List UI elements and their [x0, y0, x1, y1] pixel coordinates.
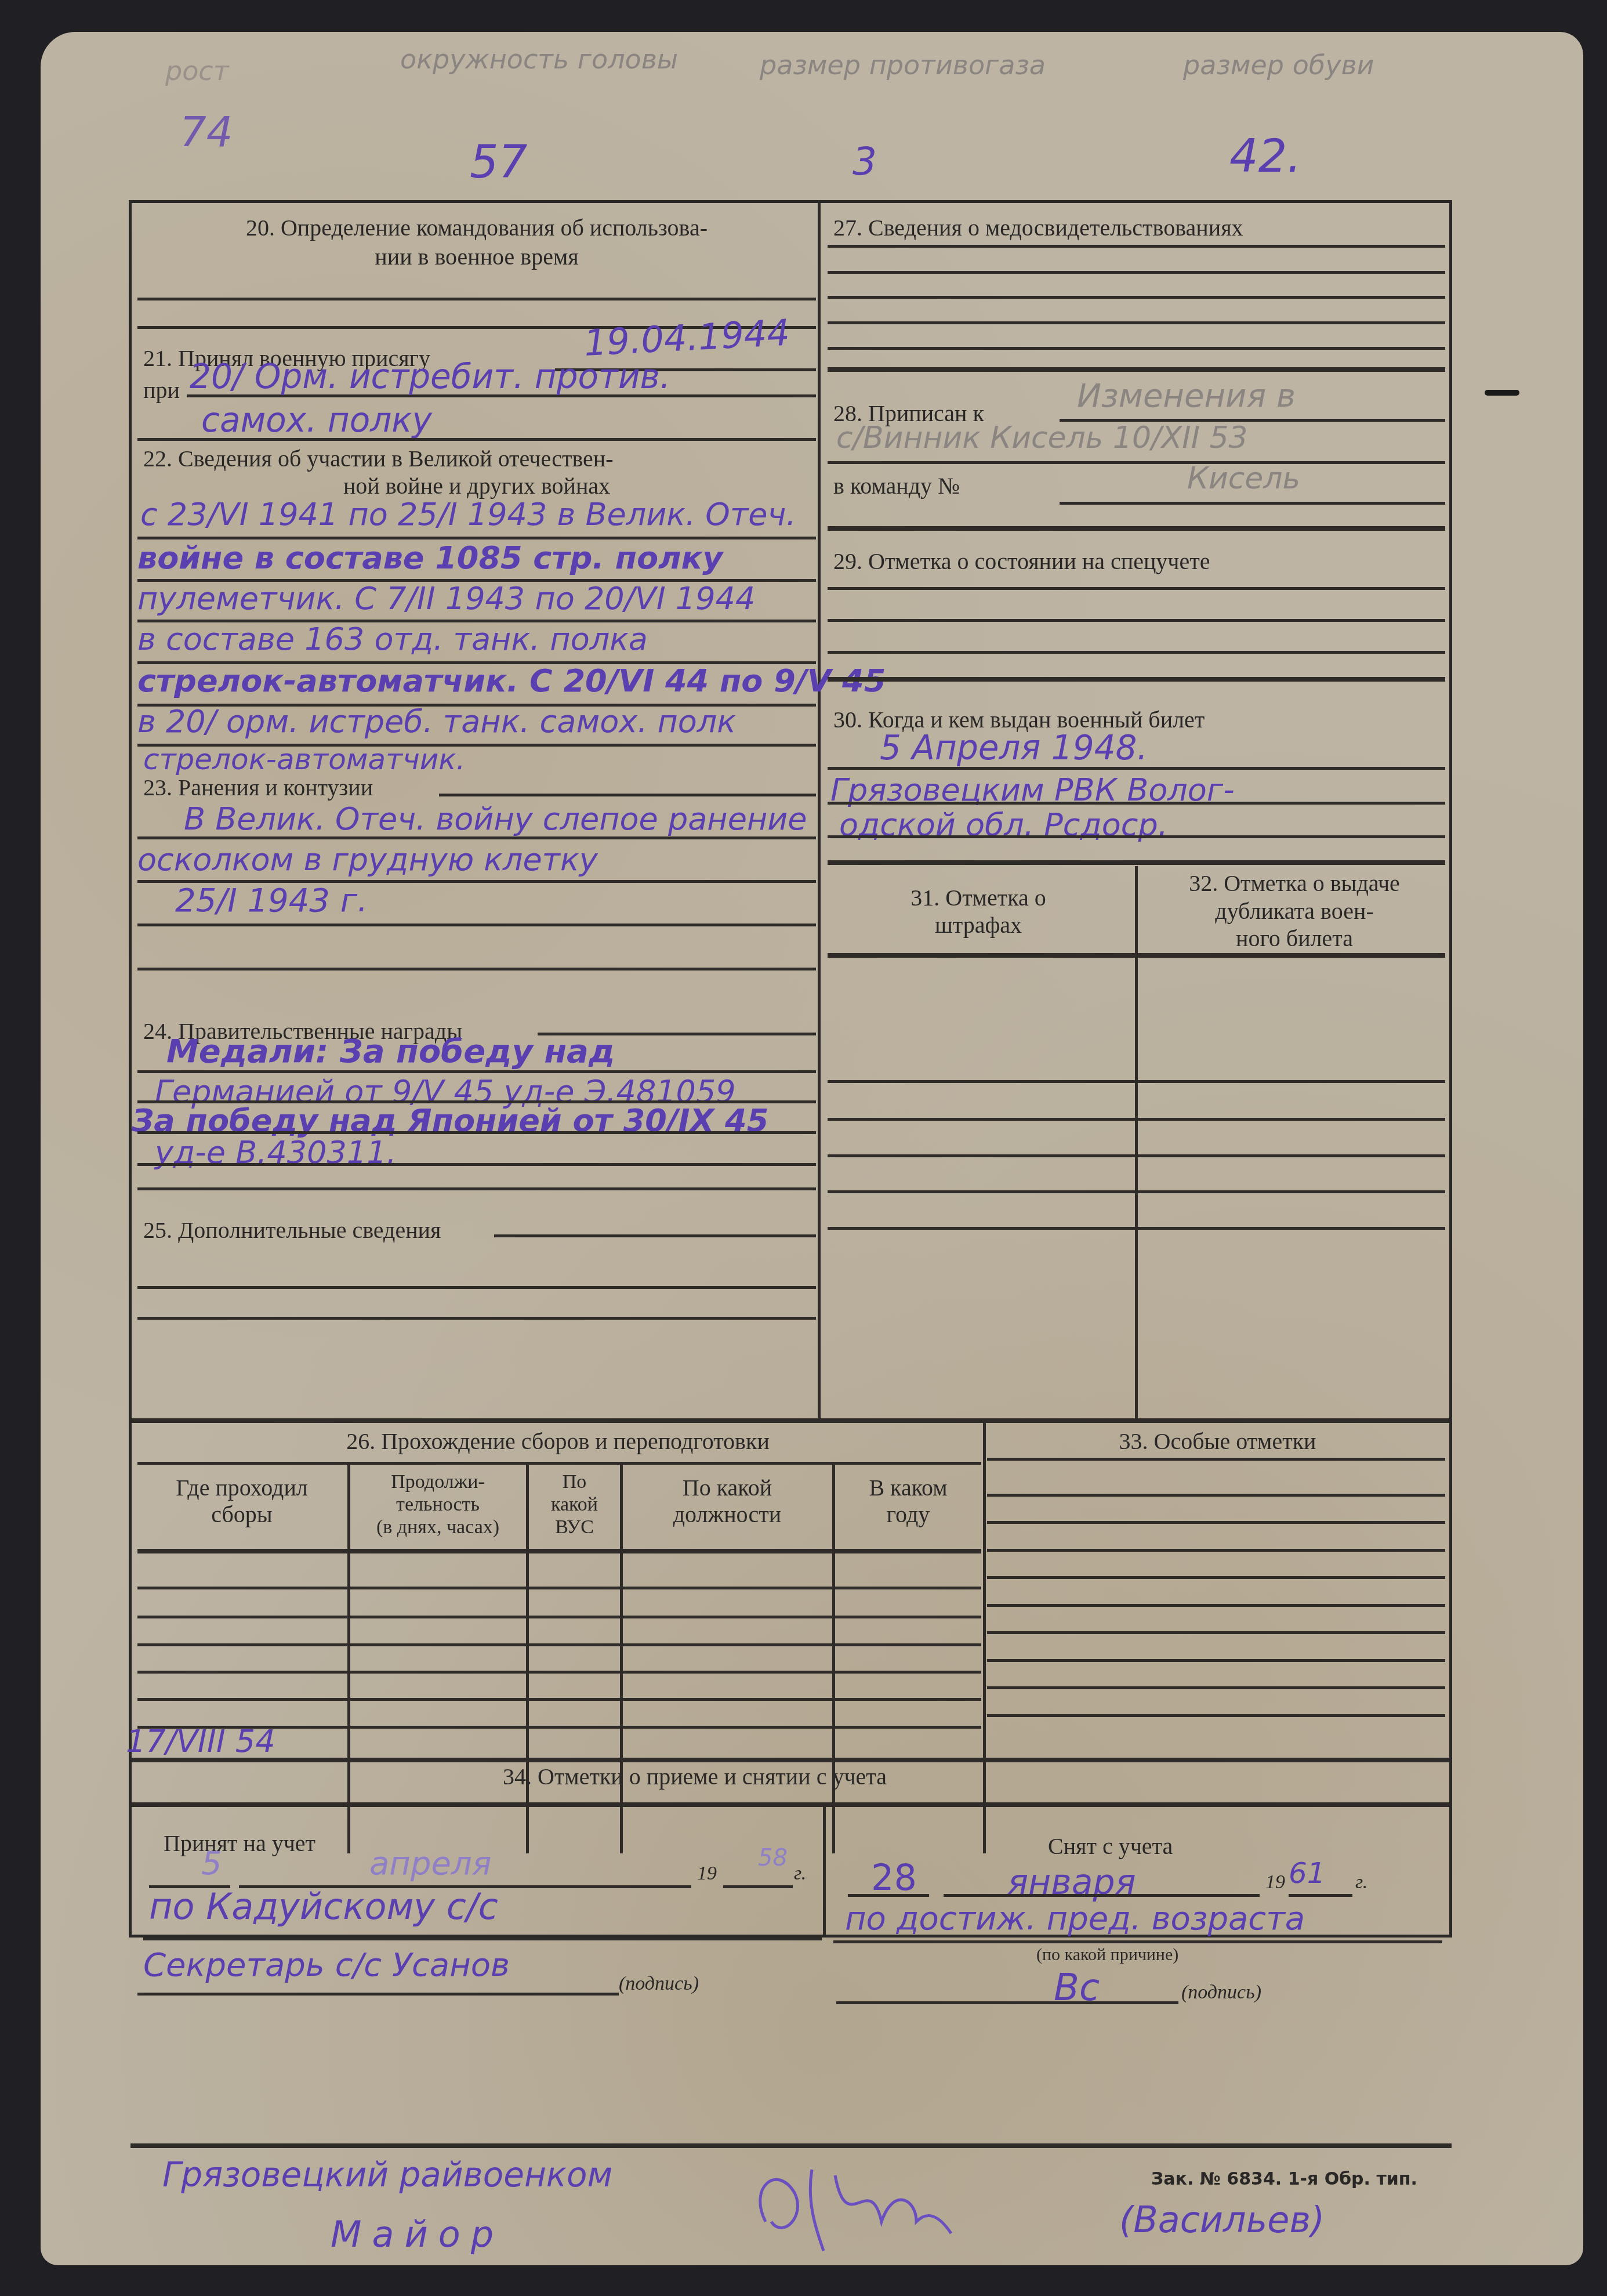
col-header-vus-3: ВУС: [529, 1516, 620, 1538]
table-row: [137, 1643, 981, 1646]
section-20-label-1: 20. Определение командования об использо…: [143, 215, 810, 241]
top-note-label-height: рост: [165, 55, 228, 86]
removed-year-prefix: 19: [1265, 1871, 1285, 1893]
rule: [828, 587, 1445, 590]
war-service-line-2: войне в составе 1085 стр. полку: [137, 539, 723, 576]
col-header-year-1: В каком: [835, 1475, 981, 1501]
col-header-position: По какойдолжности: [623, 1475, 832, 1528]
rule: [137, 438, 816, 441]
rule: [987, 1631, 1445, 1634]
top-note-label-head: окружность головы: [400, 44, 678, 75]
rule: [137, 1549, 981, 1553]
accepted-by: по Кадуйскому с/с: [149, 1885, 498, 1928]
wound-date: 25/I 1943 г.: [175, 882, 368, 919]
section-33-label: 33. Особые отметки: [987, 1428, 1448, 1455]
rule: [137, 1187, 816, 1190]
rule: [828, 1080, 1445, 1083]
rule: [828, 619, 1445, 622]
col-header-year-2: году: [835, 1501, 981, 1528]
top-note-head-value: 57: [470, 136, 527, 189]
col-header-duration-1: Продолжи-: [350, 1471, 525, 1493]
issued-date: 5 Апреля 1948.: [880, 728, 1148, 767]
war-service-line-7: стрелок-автоматчик.: [143, 743, 465, 776]
war-service-line-1: с 23/VI 1941 по 25/I 1943 в Велик. Отеч.: [140, 496, 796, 533]
rule: [828, 296, 1445, 299]
table-row: [137, 1698, 981, 1701]
section-31-label-2: штрафах: [822, 912, 1135, 939]
removed-day: 28: [871, 1856, 917, 1899]
oath-unit-line-2: самох. полку: [201, 400, 432, 440]
rule: [828, 1227, 1445, 1230]
top-note-label-shoe: размер обуви: [1183, 49, 1374, 81]
col-header-duration-2: тельность: [350, 1493, 525, 1516]
rule: [987, 1686, 1445, 1689]
assigned-note-line-3: Кисель: [1187, 461, 1300, 496]
rule: [828, 245, 1445, 248]
rule: [143, 1938, 822, 1940]
removed-sign-label: (подпись): [1181, 1981, 1261, 2004]
rule: [828, 860, 1445, 865]
rule: [828, 953, 1445, 958]
rule: [137, 1993, 619, 1996]
rule: [494, 1234, 816, 1237]
rule: [987, 1604, 1445, 1607]
col-header-year: В какомгоду: [835, 1475, 981, 1528]
rule: [987, 1521, 1445, 1524]
section-22-label-1: 22. Сведения об участии в Великой отечес…: [143, 446, 614, 472]
margin-date-note: 17/VIII 54: [126, 1723, 275, 1759]
rule: [828, 767, 1445, 770]
rule: [828, 1190, 1445, 1193]
accepted-day: 5: [201, 1845, 222, 1882]
award-line-1: Медали: За победу над: [166, 1033, 615, 1070]
war-service-line-5: стрелок-автоматчик. С 20/VI 44 по 9/V 45: [137, 662, 886, 699]
form-frame: 20. Определение командования об использо…: [129, 200, 1452, 1938]
section-32-label-3: ного билета: [1141, 925, 1448, 952]
rule: [137, 1462, 981, 1465]
removed-g: г.: [1355, 1871, 1367, 1893]
war-service-line-3: пулеметчик. С 7/II 1943 по 20/VI 1944: [137, 580, 755, 617]
rule: [439, 794, 816, 796]
accepted-year-prefix: 19: [697, 1862, 717, 1885]
accepted-g: г.: [794, 1862, 806, 1885]
footer-signature-name: (Васильев): [1119, 2199, 1325, 2241]
rule: [987, 1714, 1445, 1717]
assigned-note-line-2: с/Винник Кисель 10/XII 53: [836, 421, 1248, 455]
removed-reason: по достиж. пред. возраста: [845, 1900, 1305, 1938]
page-edge-mark: [1485, 390, 1519, 396]
rule: [836, 2001, 1178, 2004]
divider-26-33: [983, 1421, 986, 1853]
rule: [137, 924, 816, 926]
section-28-team-label: в команду №: [833, 473, 960, 499]
rule: [848, 1894, 929, 1897]
war-service-line-4: в составе 163 отд. танк. полка: [137, 621, 648, 657]
top-note-shoe-value: 42.: [1229, 131, 1301, 183]
accepted-signature: Секретарь с/с Усанов: [143, 1946, 510, 1984]
rule: [137, 836, 816, 839]
col-header-vus: ПокакойВУС: [529, 1471, 620, 1538]
divider-31-32: [1135, 866, 1138, 1418]
section-21-prefix: при: [143, 377, 180, 404]
rule: [987, 1659, 1445, 1662]
rule: [828, 835, 1445, 838]
rule: [828, 651, 1445, 654]
rule: [944, 1894, 1260, 1897]
rule: [723, 1885, 793, 1888]
accepted-month: апреля: [369, 1845, 491, 1882]
rule: [137, 1163, 816, 1166]
removed-label: Снят с учета: [1048, 1833, 1173, 1860]
col-header-duration: Продолжи-тельность(в днях, часах): [350, 1471, 525, 1538]
wound-line-1: В Велик. Отеч. войну слепое ранение: [184, 801, 807, 837]
assigned-note-line-1: Изменения в: [1077, 377, 1296, 415]
section-23-label: 23. Ранения и контузии: [143, 774, 373, 801]
column-divider: [818, 203, 821, 1418]
rule: [828, 1154, 1445, 1157]
footer-issuer: Грязовецкий райвоенком: [162, 2155, 612, 2194]
removed-reason-label: (по какой причине): [1036, 1945, 1178, 1965]
removed-year-suffix: 61: [1289, 1856, 1326, 1890]
section-32-label-2: дубликата воен-: [1141, 898, 1448, 925]
rule: [828, 347, 1445, 350]
top-note-gasmask-value: 3: [853, 139, 877, 184]
section-25-label: 25. Дополнительные сведения: [143, 1217, 441, 1244]
accepted-sign-label: (подпись): [619, 1972, 699, 1995]
col-header-position-1: По какой: [623, 1475, 832, 1501]
col-header-place: Где проходилсборы: [137, 1475, 346, 1528]
col-header-duration-3: (в днях, часах): [350, 1516, 525, 1538]
rule: [132, 1758, 1449, 1762]
section-20-label-2: нии в военное время: [143, 244, 810, 270]
wound-line-2: осколком в грудную клетку: [137, 841, 598, 878]
oath-unit-line-1: 20/ Орм. истребит. против.: [190, 357, 670, 396]
rule: [137, 968, 816, 970]
footer-rank: Майор: [331, 2213, 504, 2255]
rule: [137, 298, 816, 300]
rule: [828, 461, 1445, 464]
rule: [1289, 1894, 1352, 1897]
col-header-place-1: Где проходил: [137, 1475, 346, 1501]
accepted-label: Принят на учет: [164, 1830, 315, 1857]
rule: [132, 1418, 1449, 1423]
col-header-position-2: должности: [623, 1501, 832, 1528]
section-32-label-1: 32. Отметка о выдаче: [1141, 870, 1448, 897]
commissar-signature-icon: [742, 2152, 1090, 2262]
section-26-label: 26. Прохождение сборов и переподготовки: [137, 1428, 978, 1455]
section-29-label: 29. Отметка о состоянии на спецучете: [833, 548, 1210, 575]
col-header-vus-2: какой: [529, 1493, 620, 1516]
section-34-label: 34. Отметки о приеме и снятии с учета: [503, 1763, 887, 1790]
section-27-label: 27. Сведения о медосвидетельствованиях: [833, 215, 1243, 241]
table-row: [137, 1616, 981, 1618]
rule: [828, 526, 1445, 531]
table-row: [137, 1671, 981, 1674]
rule: [987, 1549, 1445, 1552]
rule: [987, 1576, 1445, 1579]
rule: [132, 1802, 1449, 1807]
rule: [130, 2143, 1452, 2148]
rule: [137, 1286, 816, 1289]
rule: [987, 1494, 1445, 1497]
print-note: Зак. № 6834. 1-я Обр. тип.: [1151, 2170, 1417, 2190]
top-note-height-value: 74: [180, 107, 233, 156]
rule: [1060, 502, 1445, 505]
top-note-label-gasmask: размер противогаза: [760, 49, 1046, 81]
divider-34: [823, 1807, 826, 1935]
col-header-vus-1: По: [529, 1471, 620, 1493]
section-31-label-1: 31. Отметка о: [822, 885, 1135, 911]
rule: [828, 367, 1445, 372]
accepted-year-suffix: 58: [758, 1845, 788, 1871]
rule: [137, 1317, 816, 1320]
war-service-line-6: в 20/ орм. истреб. танк. самох. полк: [137, 703, 736, 740]
col-header-place-2: сборы: [137, 1501, 346, 1528]
rule: [828, 1118, 1445, 1121]
rule: [828, 802, 1445, 805]
rule: [828, 321, 1445, 324]
rule: [833, 1940, 1442, 1943]
rule: [828, 677, 1445, 682]
rule: [828, 271, 1445, 274]
table-row: [137, 1587, 981, 1589]
rule: [987, 1458, 1445, 1461]
